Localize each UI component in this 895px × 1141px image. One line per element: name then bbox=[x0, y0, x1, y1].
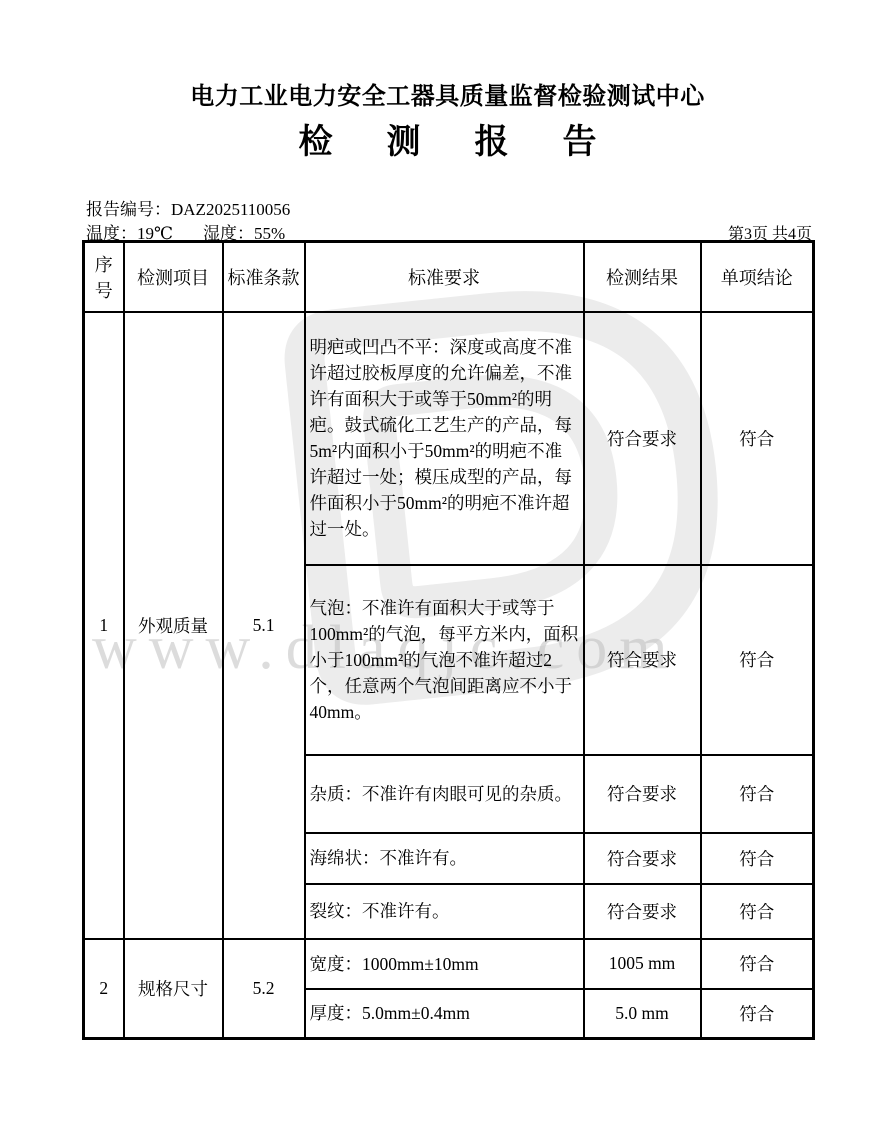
report-page: www.dlaqjc.com 电力工业电力安全工器具质量监督检验测试中心 检测报… bbox=[0, 0, 895, 1141]
report-title: 检测报告 bbox=[0, 114, 895, 163]
section-no: 1 bbox=[84, 312, 124, 939]
column-header-clause: 标准条款 bbox=[223, 242, 305, 312]
result-cell: 1005 mm bbox=[584, 939, 701, 989]
section-no: 2 bbox=[84, 939, 124, 1039]
result-cell: 符合要求 bbox=[584, 884, 701, 939]
section-item: 外观质量 bbox=[124, 312, 223, 939]
section-item: 规格尺寸 bbox=[124, 939, 223, 1039]
result-cell: 5.0 mm bbox=[584, 989, 701, 1039]
section-clause: 5.2 bbox=[223, 939, 305, 1039]
conclusion-cell: 符合 bbox=[701, 565, 814, 755]
result-cell: 符合要求 bbox=[584, 312, 701, 565]
requirement-cell: 宽度：1000mm±10mm bbox=[305, 939, 584, 989]
conclusion-cell: 符合 bbox=[701, 884, 814, 939]
table-row: 1 外观质量 5.1 明疤或凹凸不平：深度或高度不准许超过胶板厚度的允许偏差，不… bbox=[84, 312, 814, 565]
report-no-value: DAZ2025110056 bbox=[171, 200, 290, 219]
requirement-cell: 杂质：不准许有肉眼可见的杂质。 bbox=[305, 755, 584, 833]
report-no-label: 报告编号： bbox=[86, 200, 171, 219]
column-header-item: 检测项目 bbox=[124, 242, 223, 312]
conclusion-cell: 符合 bbox=[701, 312, 814, 565]
table-row: 2 规格尺寸 5.2 宽度：1000mm±10mm 1005 mm 符合 bbox=[84, 939, 814, 989]
test-results-table: 序号 检测项目 标准条款 标准要求 检测结果 单项结论 1 外观质量 5.1 明… bbox=[82, 240, 815, 1040]
org-title: 电力工业电力安全工器具质量监督检验测试中心 bbox=[0, 76, 895, 111]
requirement-cell: 明疤或凹凸不平：深度或高度不准许超过胶板厚度的允许偏差，不准许有面积大于或等于5… bbox=[305, 312, 584, 565]
requirement-cell: 气泡：不准许有面积大于或等于100mm²的气泡，每平方米内，面积小于100mm²… bbox=[305, 565, 584, 755]
conclusion-cell: 符合 bbox=[701, 833, 814, 884]
conclusion-cell: 符合 bbox=[701, 989, 814, 1039]
result-cell: 符合要求 bbox=[584, 755, 701, 833]
section-clause: 5.1 bbox=[223, 312, 305, 939]
conclusion-cell: 符合 bbox=[701, 939, 814, 989]
table-header-row: 序号 检测项目 标准条款 标准要求 检测结果 单项结论 bbox=[84, 242, 814, 312]
column-header-no: 序号 bbox=[84, 242, 124, 312]
result-cell: 符合要求 bbox=[584, 833, 701, 884]
column-header-result: 检测结果 bbox=[584, 242, 701, 312]
requirement-cell: 厚度：5.0mm±0.4mm bbox=[305, 989, 584, 1039]
column-header-conclusion: 单项结论 bbox=[701, 242, 814, 312]
requirement-cell: 海绵状：不准许有。 bbox=[305, 833, 584, 884]
conclusion-cell: 符合 bbox=[701, 755, 814, 833]
result-cell: 符合要求 bbox=[584, 565, 701, 755]
requirement-cell: 裂纹：不准许有。 bbox=[305, 884, 584, 939]
report-no-line: 报告编号：DAZ2025110056 bbox=[86, 195, 290, 220]
column-header-requirement: 标准要求 bbox=[305, 242, 584, 312]
